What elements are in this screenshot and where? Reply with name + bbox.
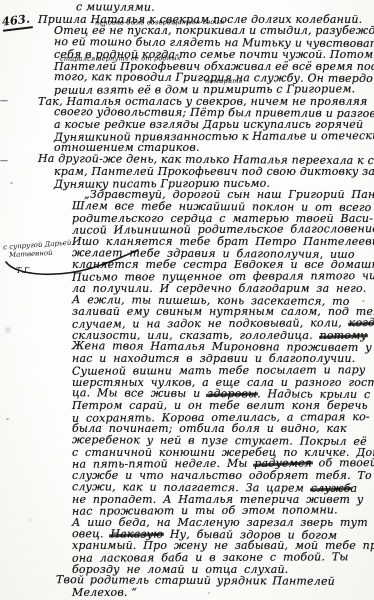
manuscript-line: Дуняшку писать Григорию письмо. (0, 176, 374, 190)
struck-word: Наказую (110, 527, 163, 540)
manuscript-line: Сушеной вишни мать тебе посылает и пару (0, 364, 374, 378)
manuscript-line: Шлем все тебе нижайший поклон и от всего (0, 200, 374, 214)
manuscript-line: но ей тошно было глядеть на Митьку и чув… (0, 36, 374, 50)
manuscript-line: себя в родной когда-то семье почти чужой… (0, 49, 374, 61)
manuscript-line: решил взять её в дом и примирить с Григо… (0, 83, 374, 97)
manuscript-lines: с мишулями.Пришла Наталья к свекрам посл… (0, 2, 374, 599)
manuscript-line: на пять-пятой неделе. Мы радуемся об тво… (0, 457, 374, 471)
manuscript-line: На другой-же день, как только Наталья пе… (0, 153, 374, 167)
struck-word: служб (311, 481, 351, 494)
manuscript-line: случаем, и на задок не подковывай, коли,… (0, 317, 374, 331)
struck-word: здоровы (207, 387, 257, 400)
struck-word: радуемся (254, 457, 312, 470)
manuscript-line: овец. Наказую Ну, бывай здоров и богом (0, 527, 374, 541)
manuscript-line: нас проживают и ты об этом попомни. (0, 504, 374, 518)
manuscript-line: Дуняшкиной привязанностью к Наталье и от… (0, 130, 374, 144)
manuscript-line: желает тебе здравия и благополучия, ишо (0, 247, 374, 261)
manuscript-line: крам, Пантелей Прокофьевич под свою дикт… (0, 166, 374, 178)
manuscript-line: лисой Ильинишной родительское благослове… (0, 223, 374, 237)
manuscript-page-scan: 463. — — с супругой Дарьей Матвевной Т.Г… (0, 0, 374, 600)
manuscript-line: А ежли, ты пишешь, конь засекается, то (0, 293, 374, 307)
manuscript-line: служи, как и полагается. За царем служба (0, 481, 374, 495)
manuscript-line: она ласковая баба и в законе с тобой. Ты (0, 551, 374, 565)
manuscript-line: А ишо беда, на Масленую зарезал зверь ту… (0, 517, 374, 529)
manuscript-line: и сохранять. Корова отелилась, а старая … (0, 411, 374, 425)
manuscript-line: ла получили. И сердечно благодарим за не… (0, 283, 374, 295)
manuscript-line: Письмо твое пущенное от февраля пятого ч… (0, 270, 374, 284)
manuscript-line: Мелехов. “ (0, 587, 374, 599)
struck-word: когда (349, 316, 374, 329)
